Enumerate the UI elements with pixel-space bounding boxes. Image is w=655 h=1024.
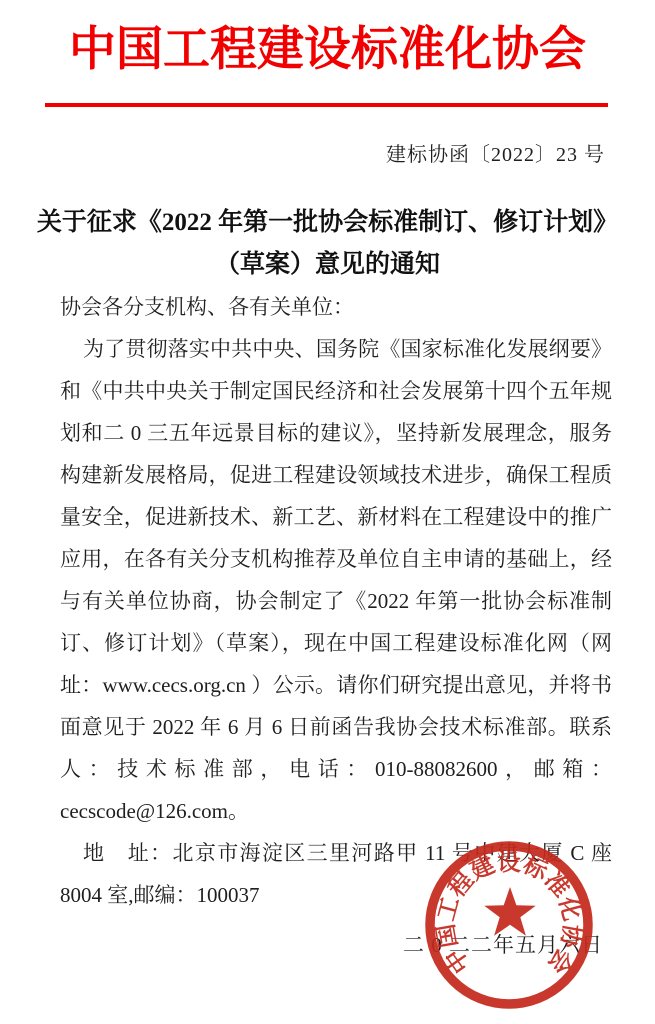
svg-text:设: 设 bbox=[497, 849, 521, 876]
greeting-line: 协会各分支机构、各有关单位： bbox=[60, 286, 612, 328]
document-page: 中国工程建设标准化协会 建标协函〔2022〕23 号 关于征求《2022 年第一… bbox=[0, 0, 655, 1024]
document-body: 协会各分支机构、各有关单位： 为了贯彻落实中共中央、国务院《国家标准化发展纲要》… bbox=[0, 286, 655, 916]
notice-title: 关于征求《2022 年第一批协会标准制订、修订计划》 （草案）意见的通知 bbox=[30, 202, 625, 286]
star-icon bbox=[484, 887, 535, 936]
letterhead-rule bbox=[45, 103, 608, 107]
svg-text:国: 国 bbox=[432, 922, 463, 950]
body-paragraph: 为了贯彻落实中共中央、国务院《国家标准化发展纲要》和《中共中央关于制定国民经济和… bbox=[60, 328, 612, 832]
official-seal: 中国工程建设标准化协会 bbox=[417, 833, 601, 1017]
doc-number: 建标协函〔2022〕23 号 bbox=[0, 140, 655, 170]
notice-title-line1: 关于征求《2022 年第一批协会标准制订、修订计划》 bbox=[30, 202, 625, 244]
letterhead-org-name: 中国工程建设标准化协会 bbox=[0, 0, 655, 76]
notice-title-line2: （草案）意见的通知 bbox=[30, 244, 625, 286]
